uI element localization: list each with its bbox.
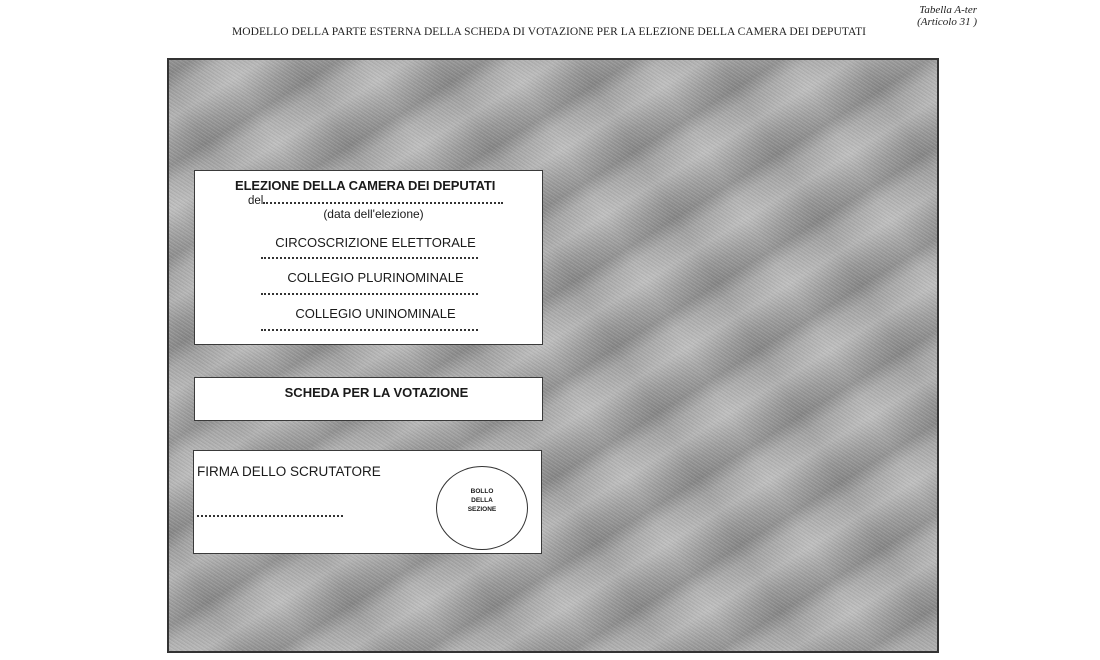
stamp-line: DELLA (437, 496, 527, 505)
field-circoscrizione-label: CIRCOSCRIZIONE ELETTORALE (195, 235, 542, 250)
signature-dotted-line (197, 515, 343, 517)
table-reference: Tabella A-ter (Articolo 31 ) (895, 4, 977, 28)
election-date-line: del (248, 193, 503, 207)
ballot-label-panel: SCHEDA PER LA VOTAZIONE (194, 377, 543, 421)
date-note: (data dell'elezione) (195, 207, 542, 221)
stamp-line: SEZIONE (437, 505, 527, 514)
signature-panel: FIRMA DELLO SCRUTATORE BOLLO DELLA SEZIO… (193, 450, 542, 554)
stamp-line: BOLLO (437, 487, 527, 496)
field-collegio-plurinominale-dotted-line (261, 293, 478, 295)
ballot-envelope-exterior (167, 58, 939, 653)
signature-label: FIRMA DELLO SCRUTATORE (197, 464, 381, 479)
election-title: ELEZIONE DELLA CAMERA DEI DEPUTATI (235, 178, 495, 193)
field-collegio-uninominale-label: COLLEGIO UNINOMINALE (195, 306, 542, 321)
ballot-title: SCHEDA PER LA VOTAZIONE (195, 385, 542, 400)
table-number: Tabella A-ter (895, 4, 977, 16)
article-number: (Articolo 31 ) (895, 16, 977, 28)
document-title: MODELLO DELLA PARTE ESTERNA DELLA SCHEDA… (232, 26, 866, 38)
election-info-panel: ELEZIONE DELLA CAMERA DEI DEPUTATI del (… (194, 170, 543, 345)
date-prefix: del (248, 195, 263, 207)
field-collegio-plurinominale-label: COLLEGIO PLURINOMINALE (195, 270, 542, 285)
field-circoscrizione-dotted-line (261, 257, 478, 259)
section-stamp-circle: BOLLO DELLA SEZIONE (436, 466, 528, 550)
field-collegio-uninominale-dotted-line (261, 329, 478, 331)
stamp-text: BOLLO DELLA SEZIONE (437, 487, 527, 514)
date-dotted-line (263, 193, 503, 204)
